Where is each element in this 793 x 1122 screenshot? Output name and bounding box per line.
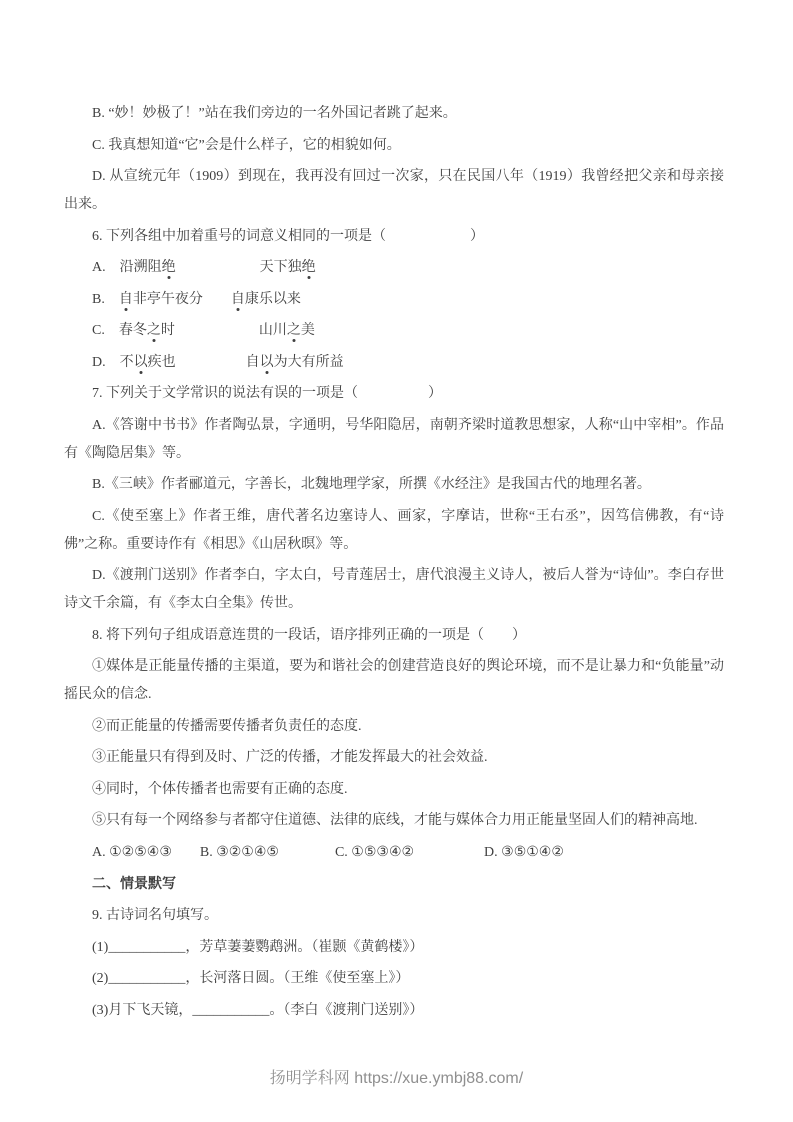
text-run: ③正能量只有得到及时、广泛的传播，才能发挥最大的社会效益. (92, 750, 488, 765)
footer-watermark-text: 扬明学科网 https://xue.ymbj88.com/ (270, 1070, 523, 1087)
emphasis-dot-char: 以 (134, 349, 148, 377)
emphasis-dot-char: 自 (119, 286, 133, 314)
section-2-heading: 二、情景默写 (64, 871, 724, 899)
text-run: 天下独 (176, 260, 302, 275)
q6-option-d: D. 不以疾也 自以为大有所益 (64, 349, 724, 377)
q7-stem: 7. 下列关于文学常识的说法有误的一项是（ ） (64, 380, 724, 408)
text-run: 6. 下列各组中加着重号的词意义相同的一项是（ ） (92, 229, 484, 244)
document-body: B. “妙！妙极了！”站在我们旁边的一名外国记者跳了起来。C. 我真想知道“它”… (64, 100, 724, 1028)
q6-stem: 6. 下列各组中加着重号的词意义相同的一项是（ ） (64, 223, 724, 251)
text-run: 7. 下列关于文学常识的说法有误的一项是（ ） (92, 386, 442, 401)
page-footer: 扬明学科网 https://xue.ymbj88.com/ (0, 1068, 793, 1090)
emphasis-dot-char: 以 (260, 349, 274, 377)
q8-sentence-4: ④同时，个体传播者也需要有正确的态度. (64, 776, 724, 804)
text-run: C.《使至塞上》作者王维，唐代著名边塞诗人、画家，字摩诘，世称“王右丞”，因笃信… (64, 509, 724, 552)
q7-option-d: D.《渡荆门送别》作者李白，字太白，号青莲居士，唐代浪漫主义诗人，被后人誉为“诗… (64, 562, 724, 618)
q8-stem: 8. 将下列句子组成语意连贯的一段话，语序排列正确的一项是（ ） (64, 622, 724, 650)
q7-option-a: A.《答谢中书书》作者陶弘景，字通明，号华阳隐居，南朝齐梁时道教思想家，人称“山… (64, 412, 724, 468)
emphasis-dot-char: 之 (287, 317, 301, 345)
text-run: C. 春冬 (92, 323, 147, 338)
text-run: (1)___________，芳草萋萋鹦鹉洲。（崔颢《黄鹤楼》） (92, 940, 423, 955)
q8-sentence-1: ①媒体是正能量传播的主渠道，要为和谐社会的创建营造良好的舆论环境，而不是让暴力和… (64, 653, 724, 709)
text-run: ②而正能量的传播需要传播者负责任的态度. (92, 719, 362, 734)
text-run: A. 沿溯阻 (92, 260, 162, 275)
q9-blank-1: (1)___________，芳草萋萋鹦鹉洲。（崔颢《黄鹤楼》） (64, 934, 724, 962)
text-run: 二、情景默写 (92, 877, 176, 892)
text-run: 时 山川 (161, 323, 287, 338)
q8-answer-options: A. ①②⑤④③ B. ③②①④⑤ C. ①⑤③④② D. ③⑤①④② (64, 839, 724, 867)
emphasis-dot-char: 之 (147, 317, 161, 345)
text-run: 9. 古诗词名句填写。 (92, 908, 218, 923)
text-run: B.《三峡》作者郦道元，字善长，北魏地理学家，所撰《水经注》是我国古代的地理名著… (92, 477, 651, 492)
emphasis-dot-char: 自 (231, 286, 245, 314)
text-run: ①媒体是正能量传播的主渠道，要为和谐社会的创建营造良好的舆论环境，而不是让暴力和… (64, 659, 724, 702)
text-run: ④同时，个体传播者也需要有正确的态度. (92, 782, 348, 797)
text-run: 疾也 自 (148, 355, 260, 370)
q9-stem: 9. 古诗词名句填写。 (64, 902, 724, 930)
q8-sentence-3: ③正能量只有得到及时、广泛的传播，才能发挥最大的社会效益. (64, 744, 724, 772)
q8-sentence-2: ②而正能量的传播需要传播者负责任的态度. (64, 713, 724, 741)
text-run: B. (92, 292, 119, 307)
text-run: D.《渡荆门送别》作者李白，字太白，号青莲居士，唐代浪漫主义诗人，被后人誉为“诗… (64, 568, 724, 611)
q7-option-c: C.《使至塞上》作者王维，唐代著名边塞诗人、画家，字摩诘，世称“王右丞”，因笃信… (64, 503, 724, 559)
text-run: A.《答谢中书书》作者陶弘景，字通明，号华阳隐居，南朝齐梁时道教思想家，人称“山… (64, 418, 724, 461)
text-run: ⑤只有每一个网络参与者都守住道德、法律的底线，才能与媒体合力用正能量坚固人们的精… (92, 813, 698, 828)
q5-option-c: C. 我真想知道“它”会是什么样子，它的相貌如何。 (64, 132, 724, 160)
q6-option-c: C. 春冬之时 山川之美 (64, 317, 724, 345)
q7-option-b: B.《三峡》作者郦道元，字善长，北魏地理学家，所撰《水经注》是我国古代的地理名著… (64, 471, 724, 499)
q6-option-b: B. 自非亭午夜分 自康乐以来 (64, 286, 724, 314)
q5-option-d: D. 从宣统元年（1909）到现在，我再没有回过一次家，只在民国八年（1919）… (64, 163, 724, 219)
text-run: 美 (301, 323, 315, 338)
exam-page: B. “妙！妙极了！”站在我们旁边的一名外国记者跳了起来。C. 我真想知道“它”… (0, 0, 793, 1122)
emphasis-dot-char: 绝 (162, 254, 176, 282)
text-run: C. 我真想知道“它”会是什么样子，它的相貌如何。 (92, 138, 401, 153)
q5-option-b: B. “妙！妙极了！”站在我们旁边的一名外国记者跳了起来。 (64, 100, 724, 128)
text-run: 8. 将下列句子组成语意连贯的一段话，语序排列正确的一项是（ ） (92, 628, 526, 643)
text-run: B. “妙！妙极了！”站在我们旁边的一名外国记者跳了起来。 (92, 106, 457, 121)
q9-blank-2: (2)___________，长河落日圆。（王维《使至塞上》） (64, 965, 724, 993)
text-run: 康乐以来 (245, 292, 301, 307)
q8-sentence-5: ⑤只有每一个网络参与者都守住道德、法律的底线，才能与媒体合力用正能量坚固人们的精… (64, 807, 724, 835)
text-run: 为大有所益 (274, 355, 344, 370)
text-run: D. 从宣统元年（1909）到现在，我再没有回过一次家，只在民国八年（1919）… (64, 169, 724, 212)
q6-option-a: A. 沿溯阻绝 天下独绝 (64, 254, 724, 282)
text-run: (2)___________，长河落日圆。（王维《使至塞上》） (92, 971, 409, 986)
q9-blank-3: (3)月下飞天镜，___________。（李白《渡荆门送别》） (64, 997, 724, 1025)
text-run: A. ①②⑤④③ B. ③②①④⑤ C. ①⑤③④② D. ③⑤①④② (92, 845, 564, 860)
text-run: D. 不 (92, 355, 134, 370)
text-run: 非亭午夜分 (133, 292, 231, 307)
emphasis-dot-char: 绝 (302, 254, 316, 282)
text-run: (3)月下飞天镜，___________。（李白《渡荆门送别》） (92, 1003, 423, 1018)
